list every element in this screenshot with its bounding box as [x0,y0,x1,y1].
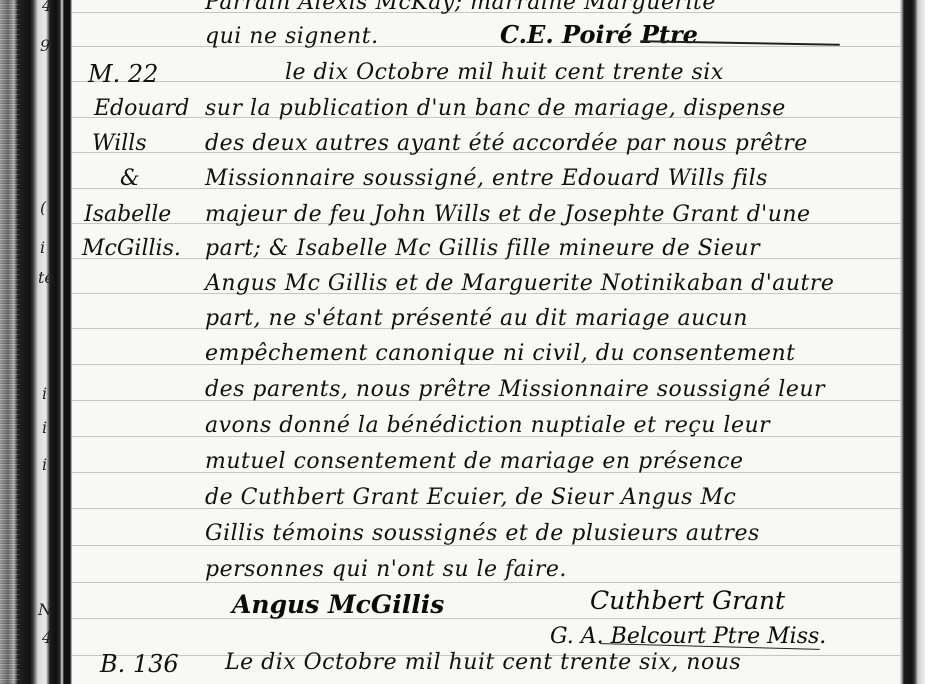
entry-line: Missionnaire soussigné, entre Edouard Wi… [205,166,768,191]
entry-line: majeur de feu John Wills et de Josephte … [205,202,811,227]
entry-number: B. 136 [100,650,179,678]
edge-mark: 9 [40,36,50,55]
edge-mark: i [42,455,47,474]
entry-line: personnes qui n'ont su le faire. [205,557,567,582]
entry-line: part; & Isabelle Mc Gillis fille mineure… [205,236,760,261]
edge-mark: N [38,600,52,619]
entry-line: Le dix Octobre mil huit cent trente six,… [225,650,741,675]
previous-entry-line: Parrain Alexis McKay; marraine Marguerit… [205,0,716,15]
entry-number: M. 22 [88,60,158,88]
entry-line: Angus Mc Gillis et de Marguerite Notinik… [205,271,834,296]
edge-mark: 4 [42,628,52,647]
entry-line: de Cuthbert Grant Ecuier, de Sieur Angus… [205,485,736,510]
entry-line: sur la publication d'un banc de mariage,… [205,96,786,121]
entry-line: des deux autres ayant été accordée par n… [205,131,808,156]
entry-line: mutuel consentement de mariage en présen… [205,449,744,474]
register-page: 4 9 ( i te i i i N 4 Parrain Alexis McKa… [0,0,925,684]
ampersand: & [120,166,140,191]
entry-line: des parents, nous prêtre Missionnaire so… [205,377,825,402]
previous-entry-line: qui ne signent. [205,24,379,49]
ruled-line [72,618,900,619]
groom-first-name: Edouard [94,96,189,121]
ruled-line [72,582,900,583]
right-binding-edge [900,0,925,684]
signature-angus-mcgillis: Angus McGillis [232,590,444,619]
edge-mark: i [42,384,47,403]
bride-first-name: Isabelle [84,202,171,227]
groom-surname: Wills [92,131,147,156]
ruled-line [72,46,900,47]
entry-line: Gillis témoins soussignés et de plusieur… [205,521,760,546]
edge-mark: i [42,418,47,437]
bride-surname: McGillis. [82,236,181,261]
entry-line: le dix Octobre mil huit cent trente six [285,60,724,85]
left-binding-texture [0,0,20,684]
edge-mark: 4 [42,0,52,15]
priest-signature-poire: C.E. Poiré Ptre [500,20,698,49]
edge-mark: i [40,238,45,257]
edge-mark: te [38,268,54,287]
signature-cuthbert-grant: Cuthbert Grant [590,586,785,615]
entry-line: avons donné la bénédiction nuptiale et r… [205,413,770,438]
edge-mark: ( [40,198,46,217]
entry-line: empêchement canonique ni civil, du conse… [205,341,795,366]
entry-line: part, ne s'étant présenté au dit mariage… [205,306,748,331]
